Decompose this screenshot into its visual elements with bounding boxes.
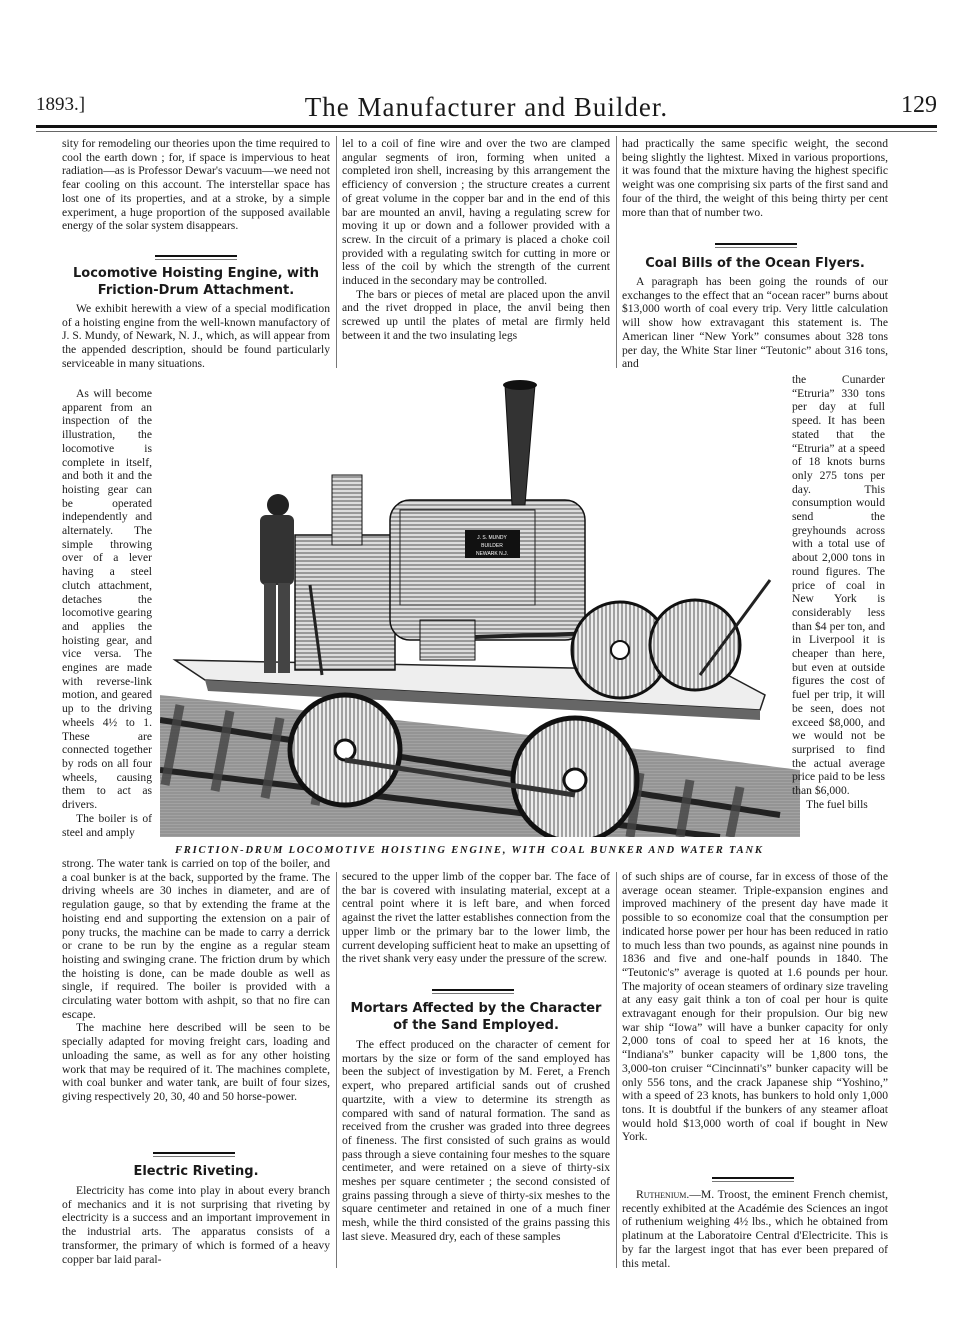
section-separator (712, 1177, 794, 1183)
article-heading: Locomotive Hoisting Engine, with Frictio… (62, 265, 330, 299)
column-3-top: had practically the same specific weight… (622, 137, 888, 219)
figure-caption: FRICTION-DRUM LOCOMOTIVE HOISTING ENGINE… (175, 845, 775, 856)
paragraph: of such ships are of course, far in exce… (622, 870, 888, 1144)
paragraph: The fuel bills (792, 798, 885, 812)
paragraph: We exhibit herewith a view of a special … (62, 302, 330, 371)
paragraph: strong. The water tank is carried on top… (62, 857, 330, 1021)
section-separator (715, 243, 797, 249)
article-riveting: Electric Riveting. Electricity has come … (62, 1163, 330, 1266)
locomotive-illustration: J. S. MUNDY BUILDER NEWARK N.J. (160, 375, 800, 837)
svg-text:NEWARK N.J.: NEWARK N.J. (476, 551, 508, 557)
ruthenium-lead: Ruthenium. (636, 1188, 689, 1201)
column-divider (336, 136, 337, 368)
article-ruthenium: Ruthenium.—M. Troost, the eminent French… (622, 1188, 888, 1270)
paragraph: The boiler is of steel and amply (62, 812, 152, 839)
paragraph: A paragraph has been going the rounds of… (622, 275, 888, 371)
article-heading: Coal Bills of the Ocean Flyers. (622, 255, 888, 272)
column-1-narrow: As will become apparent from an inspecti… (62, 387, 152, 839)
header-rule (36, 125, 937, 128)
continued-paragraph: lel to a coil of fine wire and over the … (342, 137, 610, 288)
svg-text:J. S. MUNDY: J. S. MUNDY (477, 535, 507, 541)
paragraph: The machine here described will be seen … (62, 1021, 330, 1103)
publication-title: The Manufacturer and Builder. (36, 92, 937, 123)
article-heading: Electric Riveting. (62, 1163, 330, 1180)
paragraph: As will become apparent from an inspecti… (62, 387, 152, 812)
column-2-top: lel to a coil of fine wire and over the … (342, 137, 610, 343)
continued-paragraph: sity for remodeling our theories upon th… (62, 137, 330, 233)
column-3-bottom: of such ships are of course, far in exce… (622, 870, 888, 1144)
page-header: 1893.] The Manufacturer and Builder. 129 (36, 92, 937, 120)
page-number: 129 (901, 92, 937, 119)
section-separator (155, 255, 237, 261)
article-heading: Mortars Affected by the Character of the… (342, 1000, 610, 1034)
paragraph: the Cunarder “Etruria” 330 tons per day … (792, 373, 885, 798)
paragraph: The bars or pieces of metal are placed u… (342, 288, 610, 343)
section-separator (432, 989, 514, 995)
svg-text:BUILDER: BUILDER (481, 543, 503, 549)
header-rule-thin (36, 131, 937, 132)
paragraph: Ruthenium.—M. Troost, the eminent French… (622, 1188, 888, 1270)
column-1-bottom: strong. The water tank is carried on top… (62, 857, 330, 1104)
column-divider (336, 872, 337, 1268)
paragraph: The effect produced on the character of … (342, 1038, 610, 1244)
article-locomotive-head: Locomotive Hoisting Engine, with Frictio… (62, 265, 330, 371)
column-3-narrow: the Cunarder “Etruria” 330 tons per day … (792, 373, 885, 812)
article-coal-head: Coal Bills of the Ocean Flyers. A paragr… (622, 255, 888, 371)
engraving-image: J. S. MUNDY BUILDER NEWARK N.J. (160, 375, 800, 837)
column-2-bottom: secured to the upper limb of the copper … (342, 870, 610, 966)
continued-paragraph: had practically the same specific weight… (622, 137, 888, 219)
article-mortars: Mortars Affected by the Character of the… (342, 1000, 610, 1244)
column-1-top: sity for remodeling our theories upon th… (62, 137, 330, 233)
column-divider (616, 136, 617, 368)
section-separator (153, 1152, 235, 1158)
continued-paragraph: secured to the upper limb of the copper … (342, 870, 610, 966)
paragraph: Electricity has come into play in about … (62, 1184, 330, 1266)
column-divider (616, 872, 617, 1268)
